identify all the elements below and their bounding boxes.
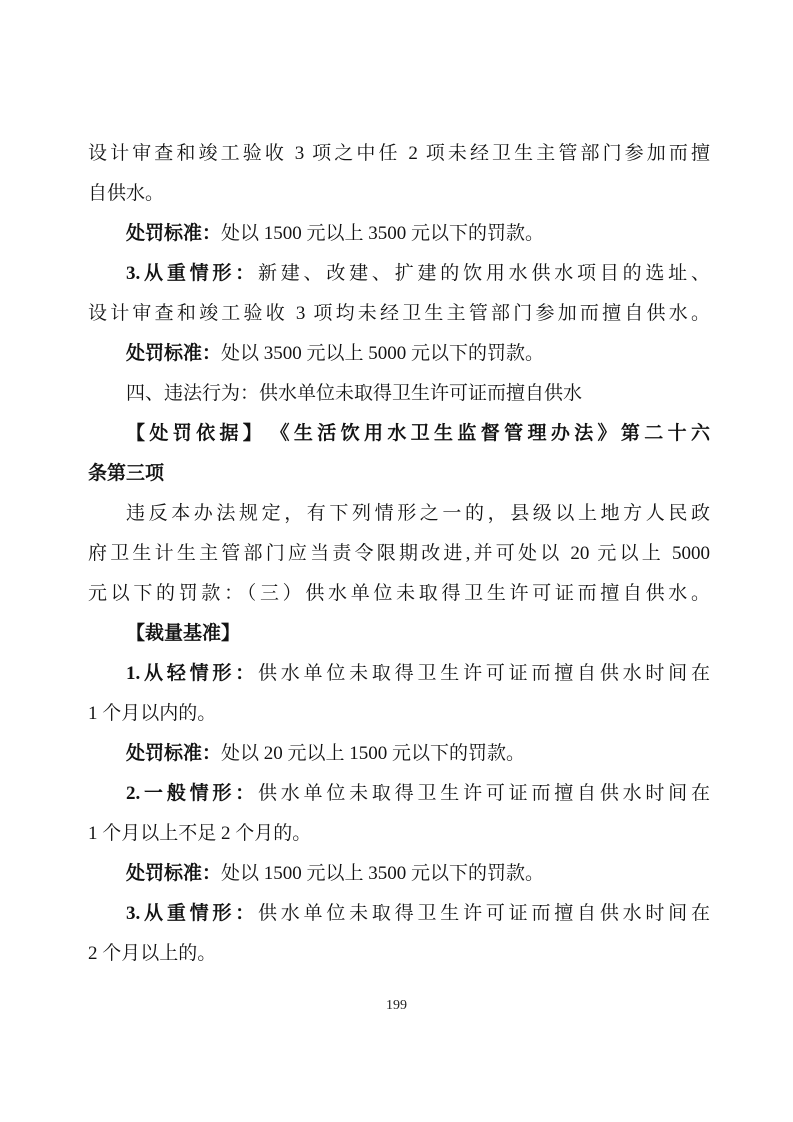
bold-text-run: 【处罚依据】 《生活饮用水卫生监督管理办法》第二十六 xyxy=(126,423,710,444)
text-line: 元以下的罚款：（三）供水单位未取得卫生许可证而擅自供水。 xyxy=(88,574,710,614)
page-number: 199 xyxy=(386,998,407,1013)
text-run: 自供水。 xyxy=(88,183,164,204)
text-run: 元以下的罚款：（三）供水单位未取得卫生许可证而擅自供水。 xyxy=(88,583,710,604)
text-run: 处以 3500 元以上 5000 元以下的罚款。 xyxy=(221,343,544,364)
text-run: 违反本办法规定，有下列情形之一的，县级以上地方人民政 xyxy=(126,503,710,524)
text-line: 处罚标准：处以 1500 元以上 3500 元以下的罚款。 xyxy=(88,214,710,254)
text-line: 设计审查和竣工验收 3 项之中任 2 项未经卫生主管部门参加而擅 xyxy=(88,134,710,174)
text-line: 府卫生计生主管部门应当责令限期改进,并可处以 20 元以上 5000 xyxy=(88,534,710,574)
text-line: 1 个月以上不足 2 个月的。 xyxy=(88,814,710,854)
bold-text-run: 处罚标准： xyxy=(126,743,221,764)
text-run: 处以 1500 元以上 3500 元以下的罚款。 xyxy=(221,863,544,884)
text-line: 处罚标准：处以 20 元以上 1500 元以下的罚款。 xyxy=(88,734,710,774)
text-line: 1.从轻情形：供水单位未取得卫生许可证而擅自供水时间在 xyxy=(88,654,710,694)
text-line: 四、违法行为：供水单位未取得卫生许可证而擅自供水 xyxy=(88,374,710,414)
bold-text-run: 处罚标准： xyxy=(126,343,221,364)
text-line: 处罚标准：处以 3500 元以上 5000 元以下的罚款。 xyxy=(88,334,710,374)
text-run: 处以 20 元以上 1500 元以下的罚款。 xyxy=(221,743,525,764)
text-run: 供水单位未取得卫生许可证而擅自供水时间在 xyxy=(258,663,710,684)
bold-text-run: 处罚标准： xyxy=(126,863,221,884)
text-run: 1 个月以内的。 xyxy=(88,703,216,724)
page-footer: 199 xyxy=(0,996,793,1014)
text-run: 设计审查和竣工验收 3 项均未经卫生主管部门参加而擅自供水。 xyxy=(88,303,710,324)
text-line: 2 个月以上的。 xyxy=(88,934,710,974)
text-line: 3.从重情形：新建、改建、扩建的饮用水供水项目的选址、 xyxy=(88,254,710,294)
text-run: 处以 1500 元以上 3500 元以下的罚款。 xyxy=(221,223,544,244)
document-page: 设计审查和竣工验收 3 项之中任 2 项未经卫生主管部门参加而擅自供水。处罚标准… xyxy=(0,0,793,1122)
text-run: 府卫生计生主管部门应当责令限期改进,并可处以 20 元以上 5000 xyxy=(88,543,710,564)
text-run: 2 个月以上的。 xyxy=(88,943,216,964)
text-line: 3.从重情形：供水单位未取得卫生许可证而擅自供水时间在 xyxy=(88,894,710,934)
text-line: 条第三项 xyxy=(88,454,710,494)
bold-text-run: 3.从重情形： xyxy=(126,263,258,284)
document-body: 设计审查和竣工验收 3 项之中任 2 项未经卫生主管部门参加而擅自供水。处罚标准… xyxy=(88,134,710,974)
text-line: 处罚标准：处以 1500 元以上 3500 元以下的罚款。 xyxy=(88,854,710,894)
text-run: 1 个月以上不足 2 个月的。 xyxy=(88,823,311,844)
text-run: 新建、改建、扩建的饮用水供水项目的选址、 xyxy=(258,263,710,284)
text-line: 违反本办法规定，有下列情形之一的，县级以上地方人民政 xyxy=(88,494,710,534)
bold-text-run: 处罚标准： xyxy=(126,223,221,244)
text-line: 【裁量基准】 xyxy=(88,614,710,654)
bold-text-run: 2.一般情形： xyxy=(126,783,258,804)
text-line: 2.一般情形：供水单位未取得卫生许可证而擅自供水时间在 xyxy=(88,774,710,814)
bold-text-run: 【裁量基准】 xyxy=(126,623,240,644)
text-run: 四、违法行为：供水单位未取得卫生许可证而擅自供水 xyxy=(126,383,582,404)
text-run: 供水单位未取得卫生许可证而擅自供水时间在 xyxy=(258,783,710,804)
text-line: 1 个月以内的。 xyxy=(88,694,710,734)
text-line: 设计审查和竣工验收 3 项均未经卫生主管部门参加而擅自供水。 xyxy=(88,294,710,334)
bold-text-run: 3.从重情形： xyxy=(126,903,258,924)
text-line: 自供水。 xyxy=(88,174,710,214)
text-run: 设计审查和竣工验收 3 项之中任 2 项未经卫生主管部门参加而擅 xyxy=(88,143,710,164)
bold-text-run: 1.从轻情形： xyxy=(126,663,258,684)
text-run: 供水单位未取得卫生许可证而擅自供水时间在 xyxy=(258,903,710,924)
bold-text-run: 条第三项 xyxy=(88,463,164,484)
text-line: 【处罚依据】 《生活饮用水卫生监督管理办法》第二十六 xyxy=(88,414,710,454)
